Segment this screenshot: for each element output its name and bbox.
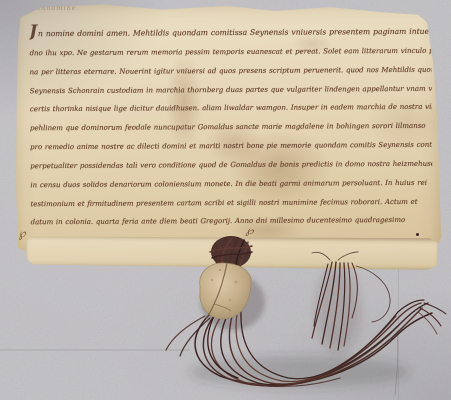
charter-text: Jn nomine domini amen. Mehtildis quondam… xyxy=(29,20,432,233)
script-line: pehlinem que dominorum feodale nuncupatu… xyxy=(30,117,432,138)
script-line: certis thorinka nisique lige dicitur dau… xyxy=(30,98,432,119)
felt-crease-horizontal xyxy=(0,349,190,351)
photograph: ƒ— innomine Jn nomine domini amen. Mehti… xyxy=(0,0,451,400)
script-line: perpetualiter possidendas tali vero cond… xyxy=(30,155,432,176)
ink-dot xyxy=(416,233,419,236)
notarial-flourish: ℘ xyxy=(17,226,27,240)
script-line: Jn nomine domini amen. Mehtildis quondam… xyxy=(29,20,431,44)
notarial-flourish: ℘ xyxy=(245,224,254,238)
script-line: na per litteras eternare. Nouerint igitu… xyxy=(30,60,432,81)
script-line: in censu duos solidos denariorum colonie… xyxy=(30,174,432,195)
script-line: dno ihu xpo. Ne gestarum rerum memoria p… xyxy=(29,42,431,63)
plica-fold xyxy=(26,234,438,270)
script-line: pro remedio anime nostre ac dilecti domi… xyxy=(30,136,432,157)
script-line: testimonium et firmitudinem presentem ca… xyxy=(30,192,432,213)
script-line: Seynensis Schonrain custodiam in marchia… xyxy=(30,79,432,100)
parchment-charter: ƒ— innomine Jn nomine domini amen. Mehti… xyxy=(12,2,442,258)
felt-crease-vertical xyxy=(398,262,400,400)
script-line: datum in colonia. quarta feria ante diem… xyxy=(31,211,433,232)
